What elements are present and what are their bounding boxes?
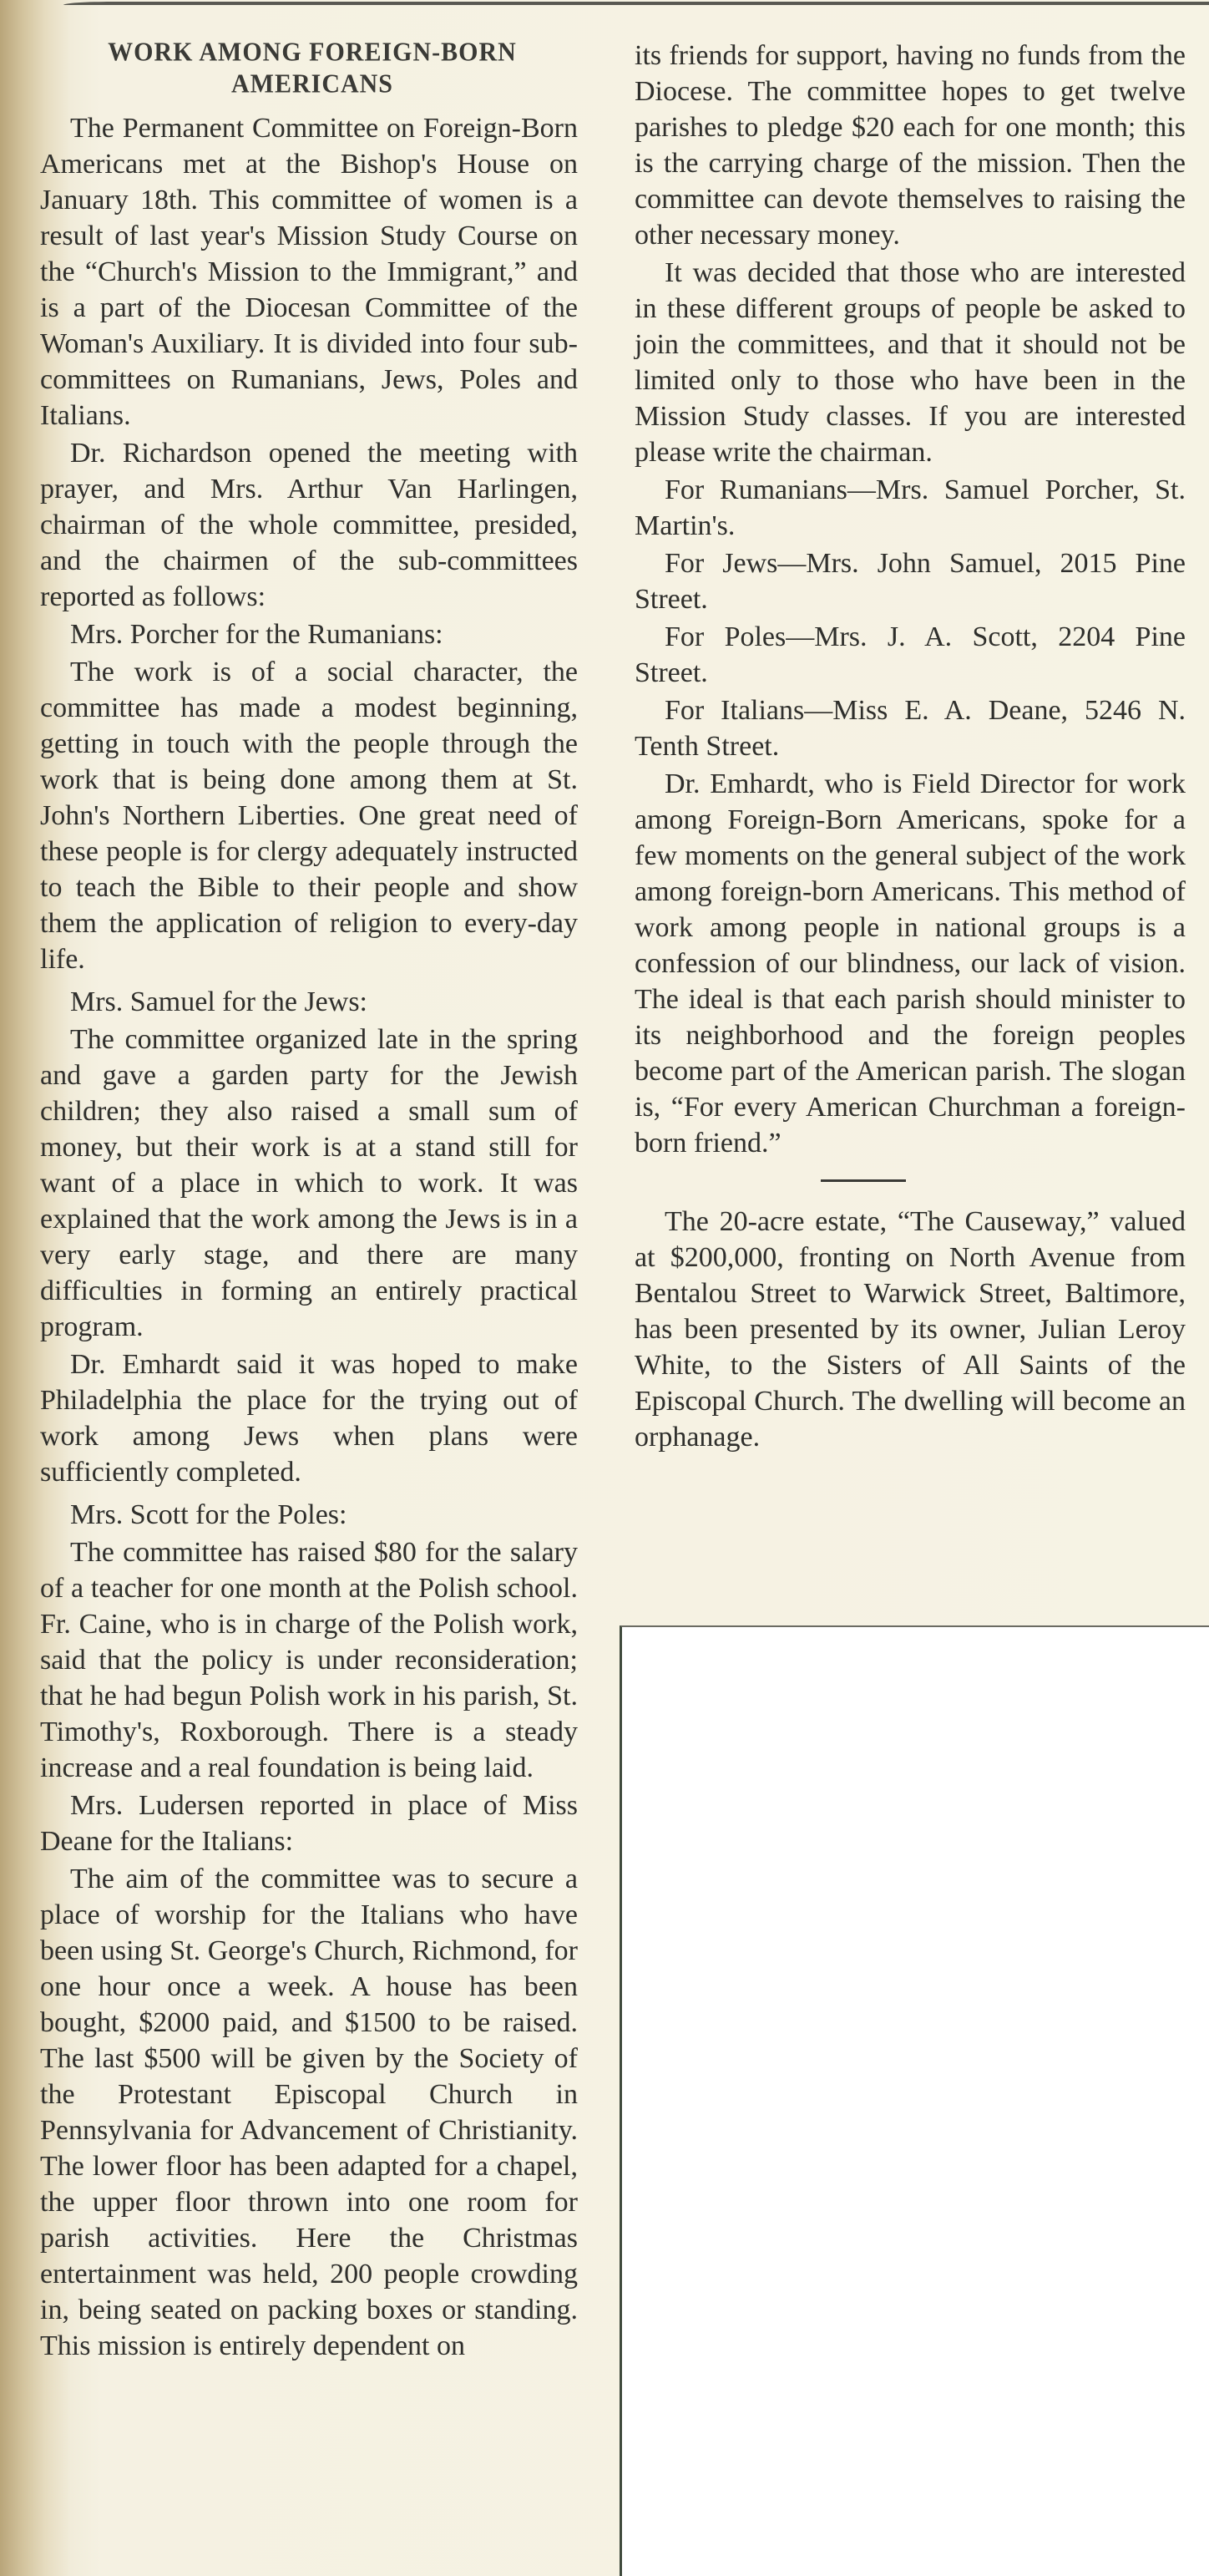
paragraph-decision: It was decided that those who are intere… bbox=[635, 255, 1186, 470]
contact-jews: For Jews—Mrs. John Samuel, 2015 Pine Str… bbox=[635, 545, 1186, 617]
article-heading: WORK AMONG FOREIGN-BORN AMERICANS bbox=[40, 37, 578, 100]
paragraph-rumanians: The work is of a social character, the c… bbox=[40, 654, 578, 977]
subhead-poles: Mrs. Scott for the Poles: bbox=[40, 1497, 578, 1533]
paragraph-jews: The committee organized late in the spri… bbox=[40, 1022, 578, 1345]
paragraph-intro: The Permanent Committee on Foreign-Born … bbox=[40, 110, 578, 434]
subhead-jews: Mrs. Samuel for the Jews: bbox=[40, 984, 578, 1020]
blank-page-region bbox=[620, 1625, 1209, 2576]
section-divider bbox=[821, 1179, 906, 1182]
top-border-rule bbox=[63, 2, 1209, 5]
news-item-causeway: The 20-acre estate, “The Causeway,” valu… bbox=[635, 1204, 1186, 1455]
paragraph-philadelphia: Dr. Emhardt said it was hoped to make Ph… bbox=[40, 1346, 578, 1490]
subhead-rumanians: Mrs. Porcher for the Rumanians: bbox=[40, 616, 578, 652]
heading-line-1: WORK AMONG FOREIGN-BORN bbox=[47, 37, 578, 68]
left-column: WORK AMONG FOREIGN-BORN AMERICANS The Pe… bbox=[40, 38, 578, 2366]
contact-rumanians: For Rumanians—Mrs. Samuel Porcher, St. M… bbox=[635, 472, 1186, 544]
paragraph-italians: The aim of the committee was to secure a… bbox=[40, 1861, 578, 2364]
contact-italians: For Italians—Miss E. A. Deane, 5246 N. T… bbox=[635, 692, 1186, 764]
right-column: its friends for support, having no funds… bbox=[635, 38, 1186, 1457]
paragraph-emhardt: Dr. Emhardt, who is Field Director for w… bbox=[635, 766, 1186, 1161]
paragraph-poles: The committee has raised $80 for the sal… bbox=[40, 1534, 578, 1786]
heading-line-2: AMERICANS bbox=[47, 68, 578, 100]
paragraph-meeting-opened: Dr. Richardson opened the meeting with p… bbox=[40, 435, 578, 615]
paragraph-continued: its friends for support, having no funds… bbox=[635, 38, 1186, 253]
subhead-italians: Mrs. Ludersen reported in place of Miss … bbox=[40, 1787, 578, 1859]
contact-poles: For Poles—Mrs. J. A. Scott, 2204 Pine St… bbox=[635, 619, 1186, 691]
